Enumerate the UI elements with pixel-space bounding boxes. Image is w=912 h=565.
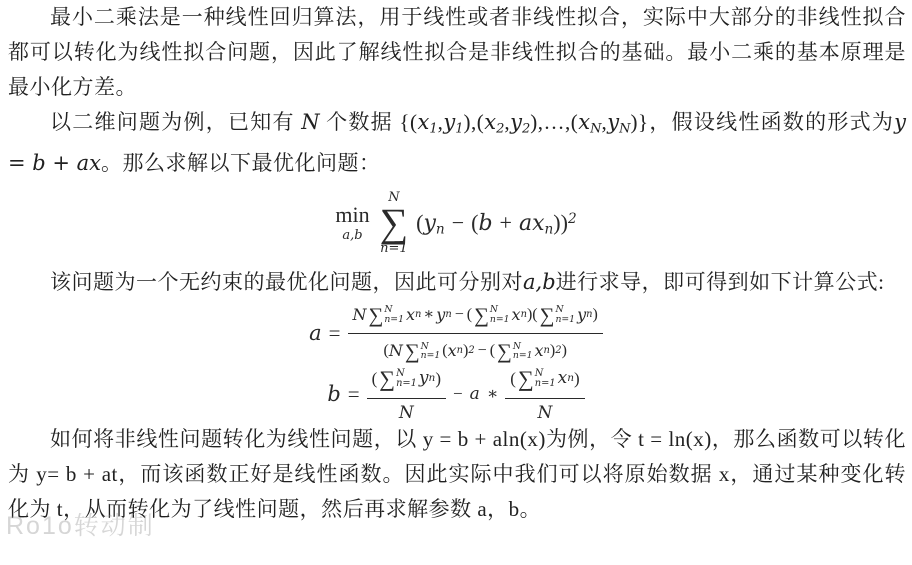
fraction-a-numerator: N ∑Nn=1xn∗yn−(∑Nn=1xn)(∑Nn=1yn) — [348, 300, 603, 334]
fraction-b2: (∑Nn=1xn) N — [505, 362, 584, 426]
fraction-b1: (∑Nn=1yn) N — [367, 362, 446, 426]
formula-coefficient-b: b= (∑Nn=1yn) N −a∗ (∑Nn=1xn) N — [0, 366, 912, 422]
inline-sum: ∑Nn=1 — [379, 362, 417, 395]
var-b-lhs: b — [327, 382, 340, 406]
fraction-a: N ∑Nn=1xn∗yn−(∑Nn=1xn)(∑Nn=1yn) (N ∑Nn=1… — [348, 300, 603, 367]
p3-text-2: 进行求导，即可得到如下计算公式: — [556, 270, 885, 294]
data-set-notation: {(x1,y1),(x2,y2),…,(xN,yN)} — [399, 110, 648, 134]
sigma-icon: ∑ — [474, 300, 489, 331]
p2-text-1: 以二维问题为例，已知有 — [50, 110, 301, 134]
watermark: Ro1o转动制 — [6, 506, 155, 542]
inline-sum: ∑Nn=1 — [474, 300, 509, 331]
vars-ab: a,b — [523, 270, 556, 294]
var-N: N — [301, 110, 319, 134]
formula-objective: min a,b N ∑ n=1 (yn−(b+axn))2 — [0, 181, 912, 265]
summation-symbol: N ∑ n=1 — [380, 191, 409, 255]
document-page: Ro1o转动制 最小二乘法是一种线性回归算法，用于线性或者非线性拟合，实际中大部… — [0, 0, 912, 565]
p2-text-2: 个数据 — [320, 110, 400, 134]
sigma-icon: ∑ — [369, 300, 384, 331]
paragraph-data-setup: 以二维问题为例，已知有 N 个数据 {(x1,y1),(x2,y2),…,(xN… — [0, 105, 912, 181]
paragraph-intro-text: 最小二乘法是一种线性回归算法，用于线性或者非线性拟合，实际中大部分的非线性拟合都… — [8, 5, 906, 99]
paragraph-derivation: 该问题为一个无约束的最优化问题，因此可分别对a,b进行求导，即可得到如下计算公式… — [0, 265, 912, 300]
formula-coefficient-a: a= N ∑Nn=1xn∗yn−(∑Nn=1xn)(∑Nn=1yn) (N ∑N… — [0, 300, 912, 366]
paragraph-intro: 最小二乘法是一种线性回归算法，用于线性或者非线性拟合，实际中大部分的非线性拟合都… — [0, 0, 912, 105]
inline-sum: ∑Nn=1 — [518, 362, 556, 395]
var-a-lhs: a — [309, 321, 322, 345]
objective-expression: (yn−(b+axn))2 — [416, 210, 576, 237]
sigma-icon: ∑ — [380, 204, 409, 242]
sigma-icon: ∑ — [518, 362, 534, 395]
inline-sum: ∑Nn=1 — [369, 300, 404, 331]
p2-text-3: ，假设线性函数的形式为 — [649, 110, 895, 134]
p2-text-4: 。那么求解以下最优化问题： — [101, 151, 381, 175]
sigma-icon: ∑ — [379, 362, 395, 395]
min-operator: min a,b — [335, 204, 369, 242]
inline-sum: ∑Nn=1 — [540, 300, 575, 331]
p3-text-1: 该问题为一个无约束的最优化问题，因此可分别对 — [50, 270, 523, 294]
sigma-icon: ∑ — [540, 300, 555, 331]
